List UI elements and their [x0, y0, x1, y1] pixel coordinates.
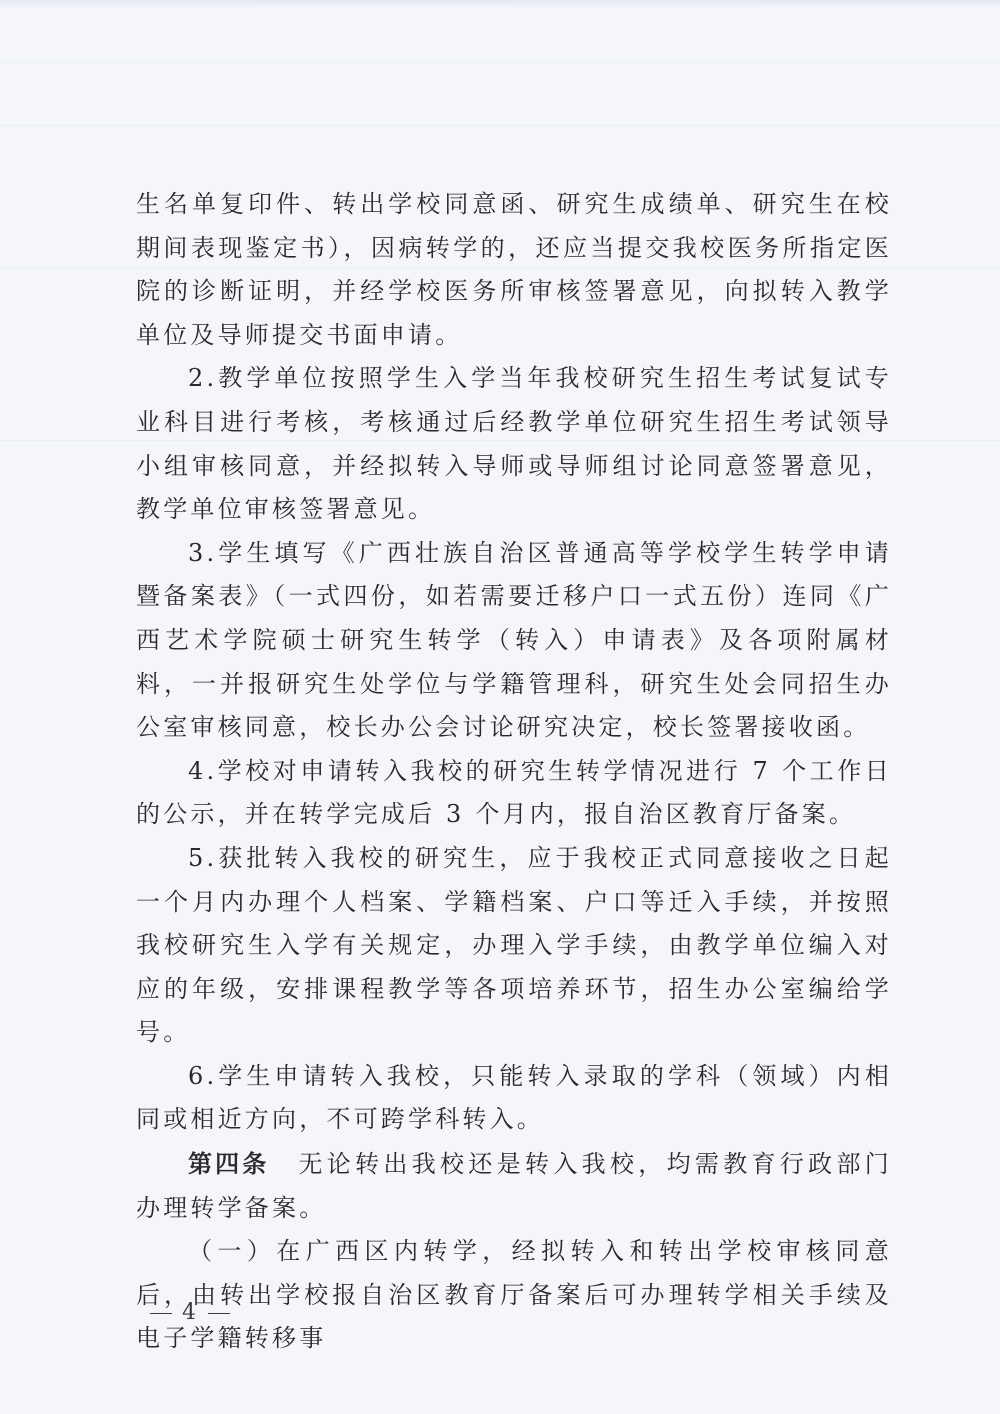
document-body: 生名单复印件、转出学校同意函、研究生成绩单、研究生在校期间表现鉴定书），因病转学…	[136, 183, 892, 1361]
scan-artifact-line	[0, 125, 1000, 126]
paragraph-item-5: 5.获批转入我校的研究生，应于我校正式同意接收之日起一个月内办理个人档案、学籍档…	[136, 837, 892, 1055]
paragraph-item-4: 4.学校对申请转入我校的研究生转学情况进行 7 个工作日的公示，并在转学完成后 …	[136, 750, 892, 837]
page-number: 4	[182, 1300, 198, 1325]
scan-artifact-line	[0, 62, 1000, 63]
page-footer: 4	[140, 1300, 240, 1325]
scan-edge	[0, 0, 1000, 8]
dash-left	[150, 1313, 172, 1314]
paragraph-item-2: 2.教学单位按照学生入学当年我校研究生招生考试复试专业科目进行考核，考核通过后经…	[136, 357, 892, 531]
article-label: 第四条	[188, 1149, 269, 1178]
dash-right	[208, 1313, 230, 1314]
paragraph-subsection-1: （一）在广西区内转学，经拟转入和转出学校审核同意后，由转出学校报自治区教育厅备案…	[136, 1230, 892, 1361]
article-four: 第四条无论转出我校还是转入我校，均需教育行政部门办理转学备案。	[136, 1142, 892, 1230]
paragraph-item-6: 6.学生申请转入我校，只能转入录取的学科（领域）内相同或相近方向，不可跨学科转入…	[136, 1055, 892, 1142]
paragraph-continuation: 生名单复印件、转出学校同意函、研究生成绩单、研究生在校期间表现鉴定书），因病转学…	[136, 183, 892, 357]
paragraph-item-3: 3.学生填写《广西壮族自治区普通高等学校学生转学申请暨备案表》（一式四份，如若需…	[136, 532, 892, 750]
